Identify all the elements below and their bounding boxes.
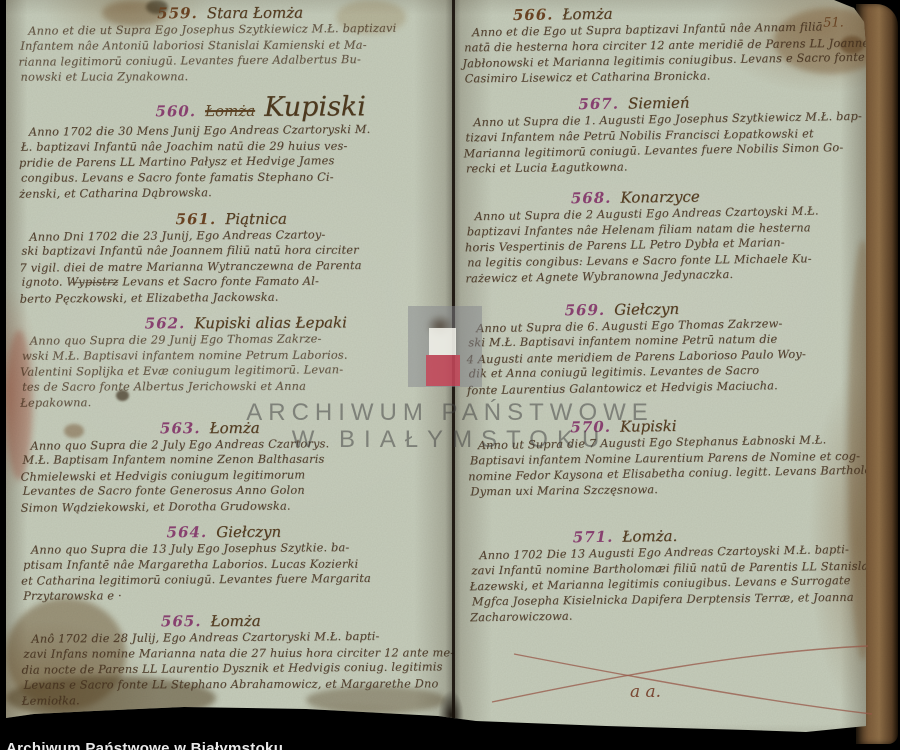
entry-body: Anno 1702 Die 13 Augusti Ego Andreas Cza… <box>469 542 872 625</box>
entry-header: 560. Łomża Kupiski <box>19 92 443 124</box>
handwritten-line: Simon Wądziekowski, et Dorotha Grudowska… <box>21 497 445 516</box>
handwritten-line: ignoto. W̶y̶p̶i̶s̶t̶r̶z̶ Levans et Sacro… <box>22 273 446 290</box>
entry-566: 566. Łomża Anno et die Ego ut Supra bapt… <box>462 1 865 87</box>
handwritten-line: Anno quo Supra die 13 July Ego Josephus … <box>21 539 445 558</box>
cancellation-cross-strokes <box>478 636 878 720</box>
entry-body: Anno 1702 die 30 Mens Junij Ego Andreas … <box>19 122 443 202</box>
entry-place: Łomża <box>562 5 612 24</box>
entry-place: Kupiski <box>620 417 677 436</box>
handwritten-line: Valentini Soplijka et Evæ coniugum legit… <box>20 361 444 380</box>
entry-place: Giełczyn <box>216 523 281 541</box>
right-page: 51. 566. Łomża Anno et die Ego ut Supra … <box>462 1 873 634</box>
entry-header: 561. Piątnica <box>19 208 443 228</box>
entry-561: 561. Piątnica Anno Dni 1702 die 23 Junij… <box>19 208 443 306</box>
entry-number: 570. <box>570 418 611 437</box>
handwritten-line: żenski, et Catharina Dąbrowska. <box>19 183 443 202</box>
entry-place: Kupiski alias Łepaki <box>194 313 347 332</box>
handwritten-line: Łepakowna. <box>20 392 444 411</box>
spine-stain <box>438 690 464 740</box>
left-page: 559. Stara Łomża Anno et die ut Supra Eg… <box>18 3 446 718</box>
entry-559: 559. Stara Łomża Anno et die ut Supra Eg… <box>18 3 442 85</box>
entry-body: Anno ut Supra die 1. Augusti Ego Josephu… <box>463 109 866 177</box>
entry-562: 562. Kupiski alias Łepaki Anno quo Supra… <box>20 313 444 411</box>
entry-place: Łomża. <box>622 527 677 546</box>
handwritten-line: Anno 1702 die 30 Mens Junij Ego Andreas … <box>19 121 443 140</box>
folio-number: 51. <box>823 16 844 31</box>
handwritten-line: berto Pęczkowski, et Elizabetha Jackowsk… <box>20 288 444 307</box>
entry-570: 570. Kupiski Anno ut Supra die 7 Augusti… <box>467 414 870 500</box>
handwritten-line: et Catharina legitimorū coniugū. Levante… <box>21 570 445 589</box>
entry-body: Anno Dni 1702 die 23 Junij, Ego Andreas … <box>19 226 443 306</box>
entry-body: Anno ut Supra die 7 Augusti Ego Stephanu… <box>468 432 871 500</box>
entry-number: 563. <box>160 419 201 437</box>
entry-569: 569. Giełczyn Anno ut Supra die 6. Augus… <box>466 297 869 398</box>
entry-body: Anno ut Supra die 2 Augusti Ego Andreas … <box>464 203 867 286</box>
handwritten-line: Anno quo Supra die 29 Junij Ego Thomas Z… <box>20 330 444 349</box>
bottom-caption: Archiwum Państwowe w Białymstoku <box>6 740 283 750</box>
handwritten-line: Anô 1702 die 28 Julij, Ego Andreas Czart… <box>21 628 445 647</box>
entry-number: 567. <box>578 95 619 114</box>
entry-place: Piątnica <box>225 209 287 227</box>
entry-number: 559. <box>157 4 198 22</box>
entry-563: 563. Łomża Anno quo Supra die 2 July Ego… <box>20 417 444 515</box>
entry-number: 571. <box>573 528 614 547</box>
scanned-register-spread: 559. Stara Łomża Anno et die ut Supra Eg… <box>0 0 900 750</box>
struck-place: Łomża <box>205 102 255 120</box>
handwritten-line: Przytarowska e · <box>23 587 447 604</box>
entry-number: 569. <box>564 300 605 319</box>
handwritten-line: Łemiołka. <box>22 690 446 709</box>
entry-571: 571. Łomża. Anno 1702 Die 13 Augusti Ego… <box>469 524 872 625</box>
entry-number: 568. <box>571 189 612 208</box>
book-spine <box>452 0 455 746</box>
entry-number: 566. <box>513 6 554 25</box>
entry-place: Konarzyce <box>620 188 700 207</box>
entry-place: Łomża <box>210 418 260 436</box>
entry-place: Stara Łomża <box>207 4 303 23</box>
entry-place: Łomża <box>211 612 261 630</box>
handwritten-line: dia nocte de Parens LL Laurentio Dysznik… <box>22 659 446 678</box>
entry-body: Anno ut Supra die 6. Augusti Ego Thomas … <box>466 315 869 398</box>
entry-body: Anno et die ut Supra Ego Josephus Szytki… <box>18 21 442 85</box>
closing-mark: a a. <box>630 682 661 702</box>
entry-body: Anno quo Supra die 13 July Ego Josephus … <box>21 540 445 604</box>
handwritten-line: Anno et die ut Supra Ego Josephus Szytki… <box>18 20 442 39</box>
entry-564: 564. Giełczyn Anno quo Supra die 13 July… <box>21 522 445 604</box>
entry-body: Anno quo Supra die 29 Junij Ego Thomas Z… <box>20 331 444 411</box>
entry-568: 568. Konarzyce Anno ut Supra die 2 Augus… <box>464 185 867 286</box>
handwritten-line: ski baptizavi Infantū nâe Joannem filiū … <box>21 242 445 259</box>
entry-number: 560. <box>155 102 196 120</box>
entry-number: 565. <box>161 612 202 630</box>
entry-header: 563. Łomża <box>20 417 444 437</box>
handwritten-line: M.Ł. Baptisam Infantem nomine Zenon Balt… <box>22 451 446 468</box>
entry-565: 565. Łomża Anô 1702 die 28 Julij, Ego An… <box>21 611 445 709</box>
entry-number: 561. <box>176 210 217 228</box>
entry-place: Kupiski <box>264 92 366 123</box>
entry-number: 562. <box>145 314 186 332</box>
handwritten-line: nowski et Lucia Zynakowna. <box>20 68 444 85</box>
entry-body: Anno quo Supra die 2 July Ego Andreas Cz… <box>20 435 444 515</box>
entry-body: Anô 1702 die 28 Julij, Ego Andreas Czart… <box>21 629 445 709</box>
handwritten-line: pridie de Parens LL Martino Pałysz et He… <box>19 152 443 171</box>
entry-place: Siemień <box>628 94 690 113</box>
entry-560: 560. Łomża Kupiski Anno 1702 die 30 Mens… <box>19 92 444 202</box>
handwritten-line: rianna legitimorū coniugū. Levantes fuer… <box>18 51 442 70</box>
entry-place: Giełczyn <box>614 299 679 318</box>
entry-number: 564. <box>167 523 208 541</box>
entry-body: Anno et die Ego ut Supra baptizavi Infan… <box>462 19 865 87</box>
handwritten-line: Levantes de Sacro fonte Generosus Anno G… <box>23 482 447 499</box>
entry-567: 567. Siemień Anno ut Supra die 1. August… <box>463 91 866 177</box>
